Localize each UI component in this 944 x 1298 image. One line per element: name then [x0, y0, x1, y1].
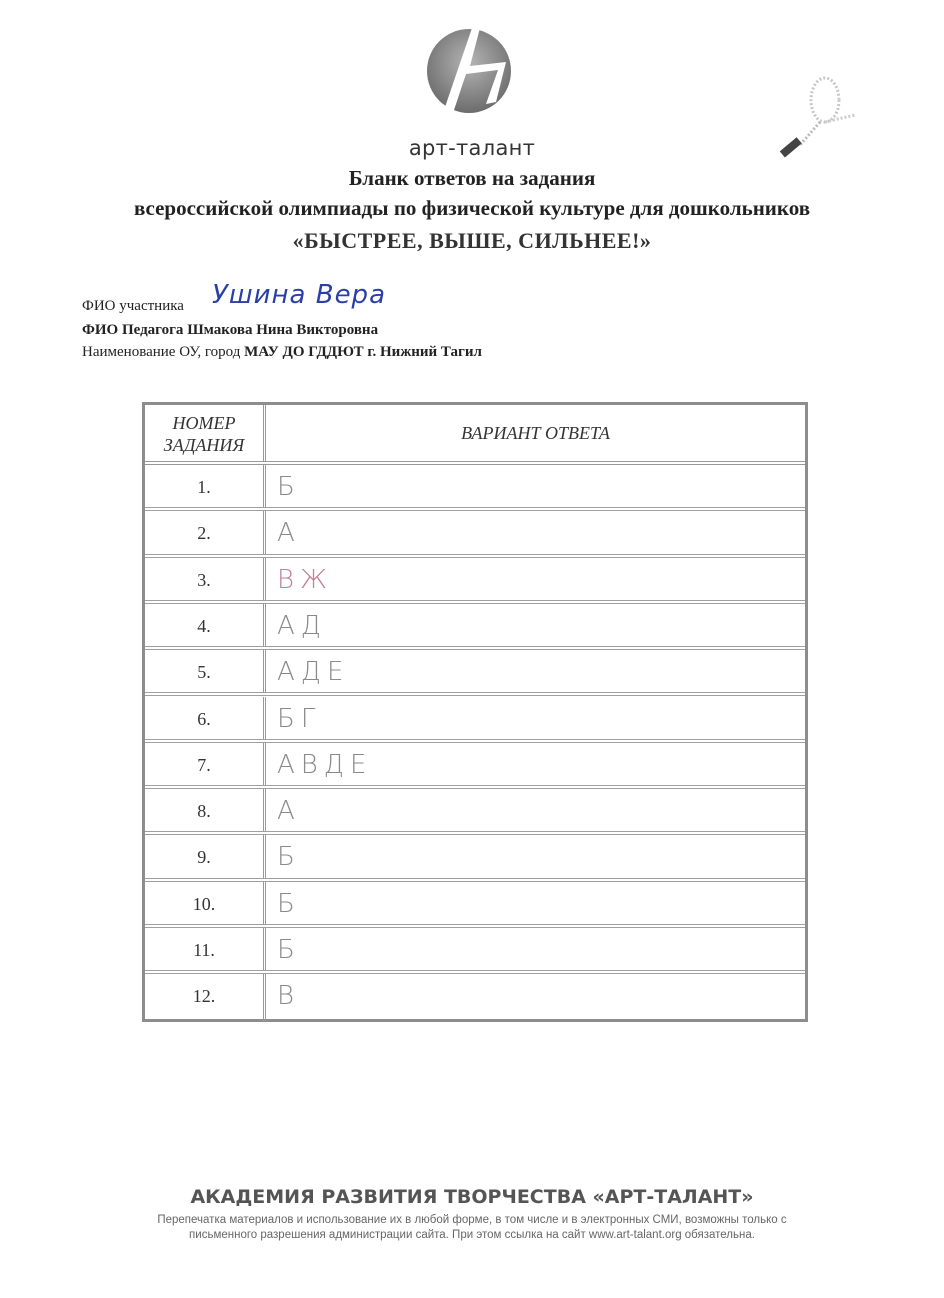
table-row: 8.А [145, 789, 805, 835]
column-header-number-line1: НОМЕР [145, 412, 263, 434]
task-number: 10. [145, 882, 266, 924]
footer-title: АКАДЕМИЯ РАЗВИТИЯ ТВОРЧЕСТВА «АРТ-ТАЛАНТ… [0, 1186, 944, 1208]
handwritten-answer: БГ [277, 697, 321, 739]
table-row: 10.Б [145, 882, 805, 928]
column-header-answer: ВАРИАНТ ОТВЕТА [266, 405, 805, 461]
teacher-value: Шмакова Нина Викторовна [187, 322, 378, 338]
table-row: 7.АВДЕ [145, 743, 805, 789]
teacher-row: ФИО Педагога Шмакова Нина Викторовна [82, 322, 378, 339]
answer-table: НОМЕР ЗАДАНИЯ ВАРИАНТ ОТВЕТА 1.Б2.А3.ВЖ4… [142, 402, 808, 1022]
participant-label: ФИО участника [82, 298, 184, 314]
column-header-number: НОМЕР ЗАДАНИЯ [145, 405, 266, 461]
table-header: НОМЕР ЗАДАНИЯ ВАРИАНТ ОТВЕТА [145, 405, 805, 465]
school-value: МАУ ДО ГДДЮТ г. Нижний Тагил [244, 344, 482, 360]
column-header-number-line2: ЗАДАНИЯ [145, 434, 263, 456]
olympiad-subtitle: всероссийской олимпиады по физической ку… [0, 196, 944, 221]
handwritten-answer: А [277, 789, 301, 831]
table-row: 1.Б [145, 465, 805, 511]
handwritten-answer: Б [277, 835, 301, 877]
handwritten-answer: А [277, 511, 301, 553]
handwritten-answer: Б [277, 882, 301, 924]
handwritten-answer: АДЕ [277, 650, 349, 692]
teacher-label: ФИО Педагога [82, 322, 183, 338]
task-number: 12. [145, 974, 266, 1020]
table-row: 11.Б [145, 928, 805, 974]
task-number: 6. [145, 697, 266, 739]
handwritten-answer: ВЖ [277, 558, 333, 600]
task-number: 9. [145, 835, 266, 877]
table-row: 5.АДЕ [145, 650, 805, 696]
footer-note-line1: Перепечатка материалов и использование и… [0, 1214, 944, 1226]
table-row: 6.БГ [145, 697, 805, 743]
task-number: 11. [145, 928, 266, 970]
task-number: 2. [145, 511, 266, 553]
footer-note-line2: письменного разрешения администрации сай… [0, 1229, 944, 1241]
participant-name-handwritten: Ушина Вера [212, 280, 386, 310]
task-number: 8. [145, 789, 266, 831]
school-label: Наименование ОУ, город [82, 344, 240, 360]
art-talant-logo-icon [424, 26, 514, 116]
table-row: 12.В [145, 974, 805, 1020]
task-number: 5. [145, 650, 266, 692]
task-number: 4. [145, 604, 266, 646]
table-row: 4.АД [145, 604, 805, 650]
handwritten-answer: В [277, 974, 300, 1020]
handwritten-answer: АД [277, 604, 327, 646]
table-row: 2.А [145, 511, 805, 557]
participant-row: ФИО участника Ушина Вера [82, 298, 184, 315]
handwritten-answer: Б [277, 465, 301, 507]
task-number: 3. [145, 558, 266, 600]
table-row: 3.ВЖ [145, 558, 805, 604]
school-row: Наименование ОУ, город МАУ ДО ГДДЮТ г. Н… [82, 344, 482, 361]
handwritten-answer: АВДЕ [277, 743, 372, 785]
task-number: 1. [145, 465, 266, 507]
olympiad-name: «БЫСТРЕЕ, ВЫШЕ, СИЛЬНЕЕ!» [0, 228, 944, 254]
handwritten-answer: Б [277, 928, 301, 970]
form-title: Бланк ответов на задания [0, 166, 944, 191]
table-row: 9.Б [145, 835, 805, 881]
stamp-smudge-icon [770, 60, 870, 170]
task-number: 7. [145, 743, 266, 785]
